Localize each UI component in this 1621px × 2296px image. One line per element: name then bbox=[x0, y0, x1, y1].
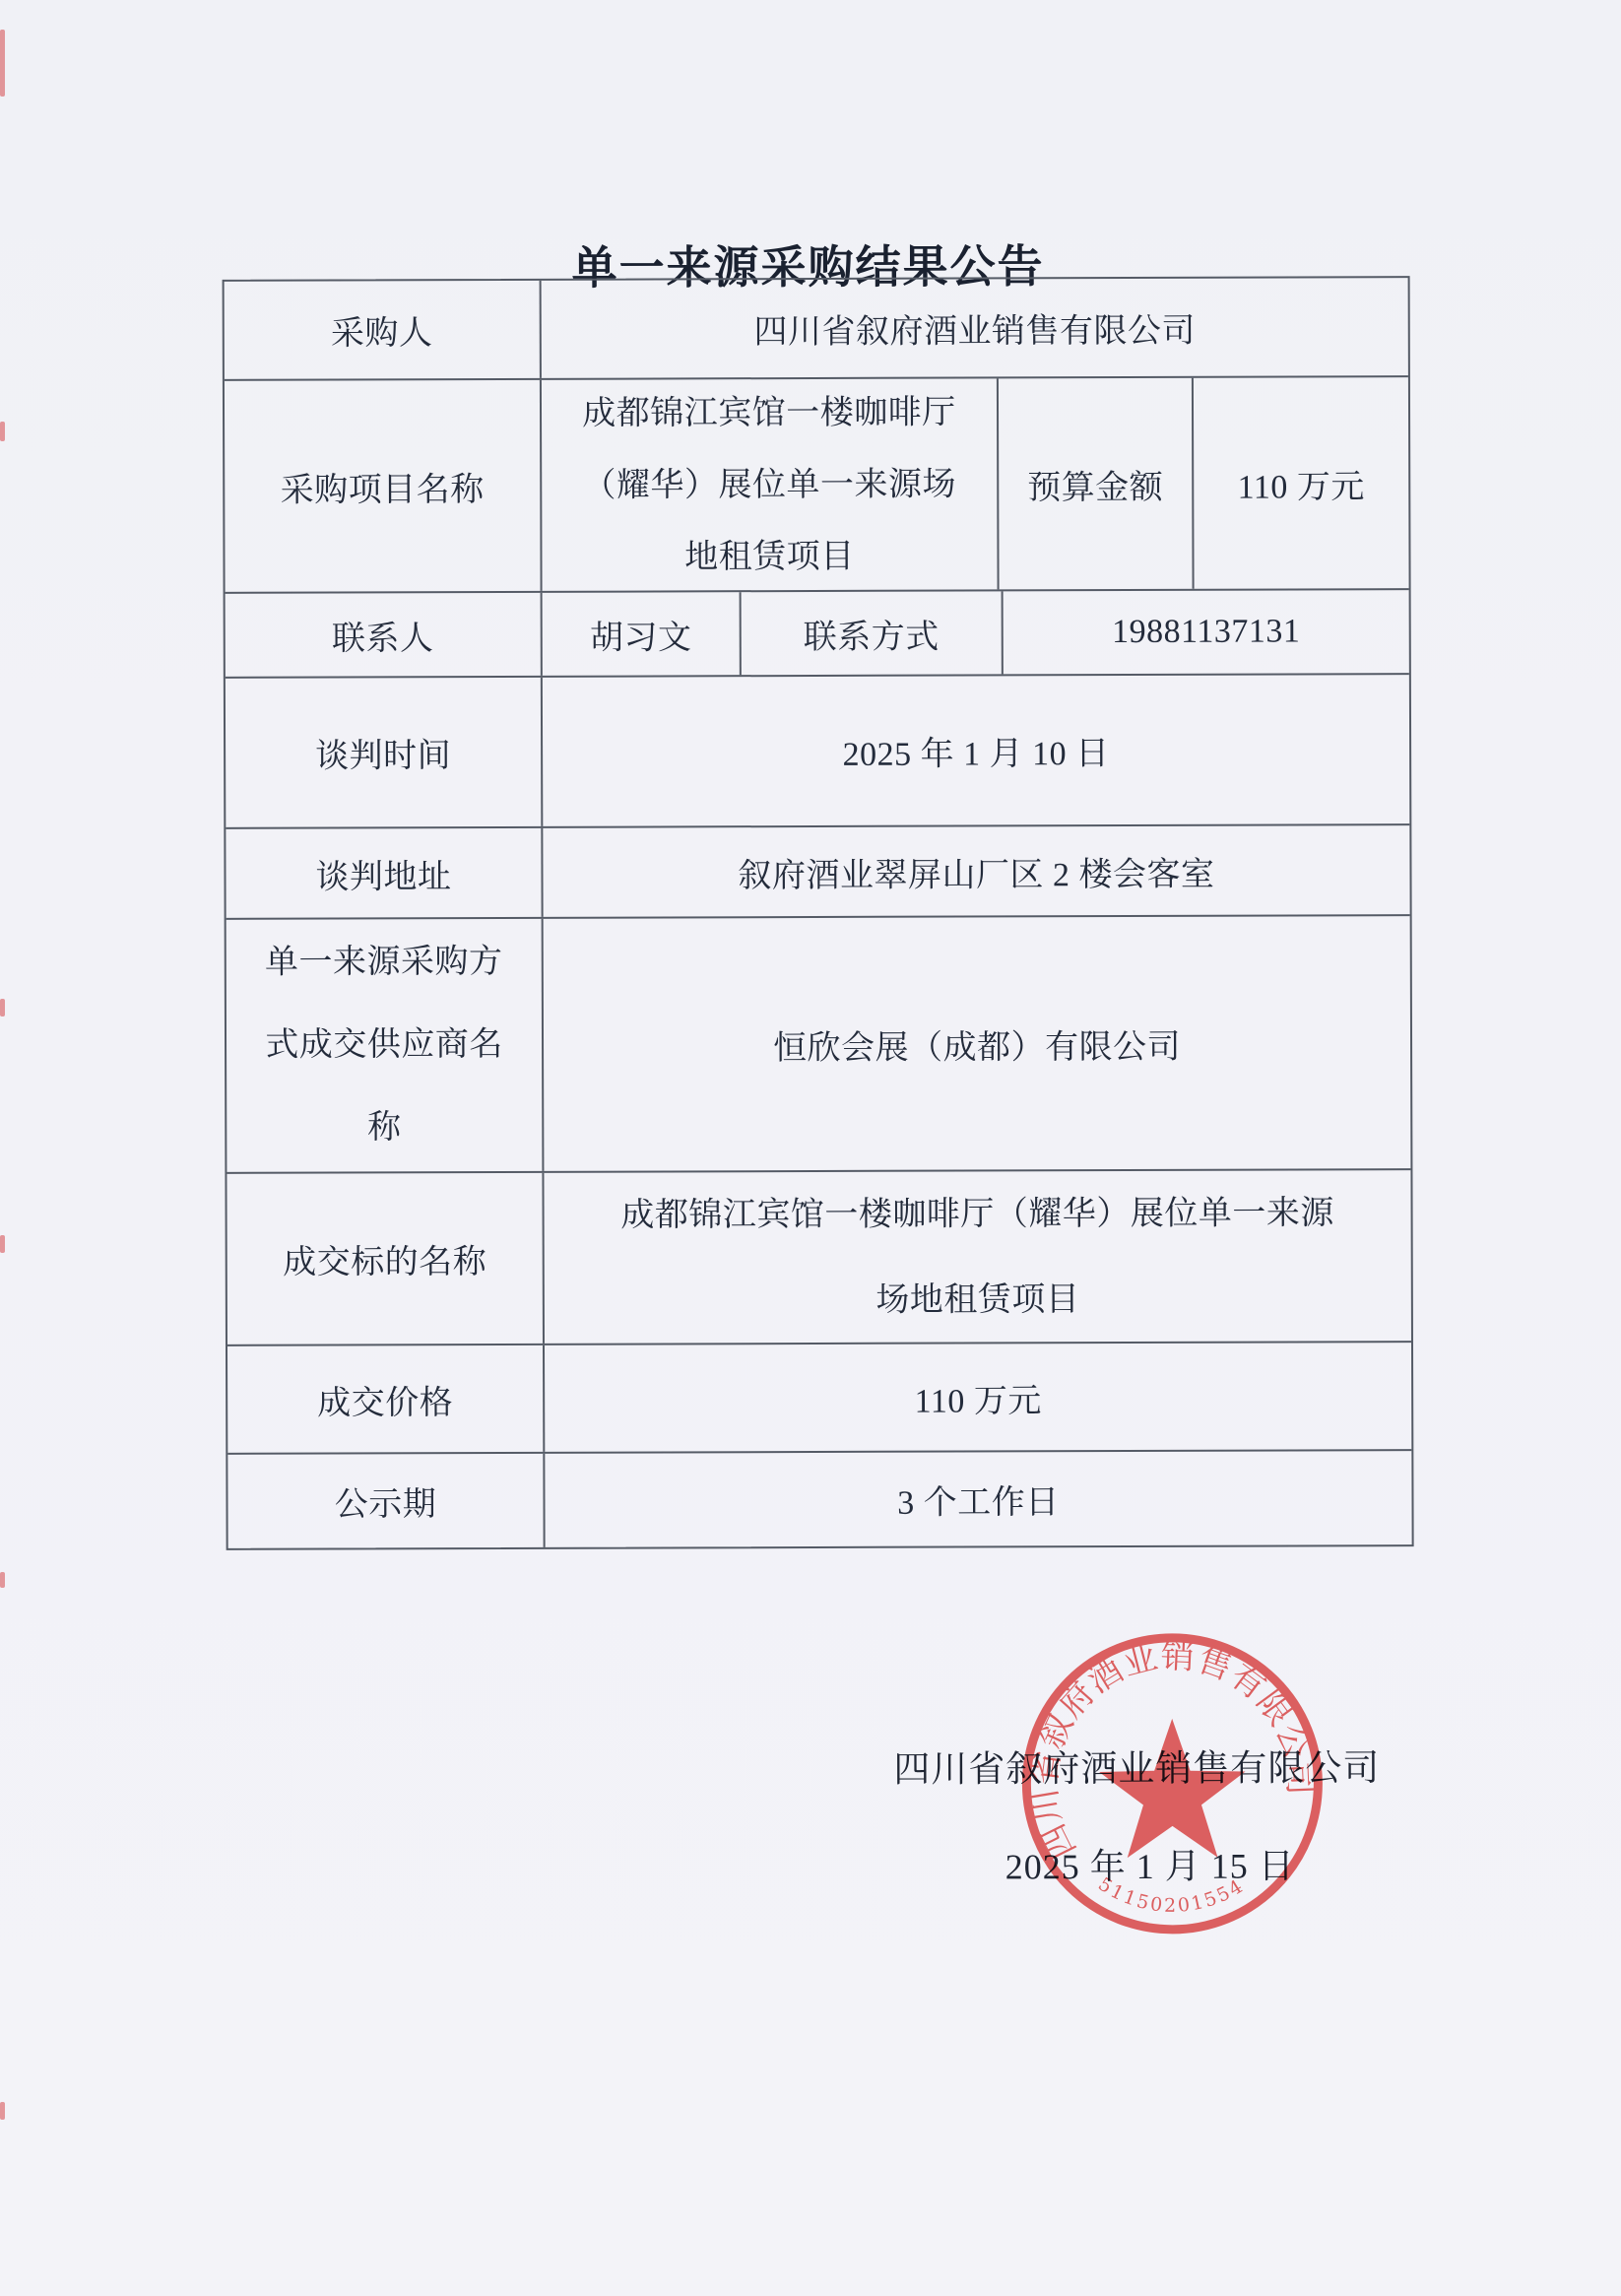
table-row: 采购项目名称 成都锦江宾馆一楼咖啡厅（耀华）展位单一来源场地租赁项目 预算金额 … bbox=[225, 375, 1409, 592]
table-row: 谈判时间 2025 年 1 月 10 日 bbox=[226, 673, 1409, 827]
table-row: 成交标的名称 成都锦江宾馆一楼咖啡厅（耀华）展位单一来源场地租赁项目 bbox=[227, 1168, 1411, 1345]
row-value: 胡习文 bbox=[541, 592, 740, 676]
procurement-result-table: 采购人 四川省叙府酒业销售有限公司 采购项目名称 成都锦江宾馆一楼咖啡厅（耀华）… bbox=[223, 276, 1414, 1550]
row-value: 恒欣会展（成都）有限公司 bbox=[542, 916, 1411, 1171]
row-value: 成都锦江宾馆一楼咖啡厅（耀华）展位单一来源场地租赁项目 bbox=[544, 1170, 1411, 1345]
row-value: 四川省叙府酒业销售有限公司 bbox=[540, 278, 1408, 378]
table-row: 谈判地址 叙府酒业翠屏山厂区 2 楼会客室 bbox=[226, 823, 1409, 918]
row-label: 预算金额 bbox=[997, 378, 1193, 590]
row-value: 19881137131 bbox=[1002, 590, 1409, 674]
row-label: 谈判地址 bbox=[226, 828, 541, 918]
row-label: 成交标的名称 bbox=[227, 1173, 543, 1345]
row-value: 2025 年 1 月 10 日 bbox=[541, 675, 1409, 826]
row-value: 110 万元 bbox=[1192, 377, 1409, 589]
row-value: 110 万元 bbox=[543, 1343, 1411, 1452]
table-row: 公示期 3 个工作日 bbox=[227, 1449, 1411, 1548]
row-label: 单一来源采购方式成交供应商名称 bbox=[227, 921, 543, 1170]
row-label: 联系方式 bbox=[740, 591, 1002, 675]
table-row: 单一来源采购方式成交供应商名称 恒欣会展（成都）有限公司 bbox=[227, 914, 1411, 1172]
table-row: 联系人 胡习文 联系方式 19881137131 bbox=[226, 588, 1409, 677]
signature-company: 四川省叙府酒业销售有限公司 bbox=[893, 1738, 1380, 1793]
row-label: 联系人 bbox=[226, 593, 541, 677]
row-value: 3 个工作日 bbox=[543, 1451, 1411, 1547]
signature-date: 2025 年 1 月 15 日 bbox=[1005, 1838, 1295, 1889]
row-label: 采购项目名称 bbox=[225, 380, 541, 592]
row-value: 成都锦江宾馆一楼咖啡厅（耀华）展位单一来源场地租赁项目 bbox=[542, 376, 998, 593]
scanned-document-page: 单一来源采购结果公告 采购人 四川省叙府酒业销售有限公司 采购项目名称 成都锦江… bbox=[0, 0, 1621, 2296]
row-label: 谈判时间 bbox=[226, 678, 541, 827]
table-row: 成交价格 110 万元 bbox=[227, 1341, 1411, 1453]
table-row: 采购人 四川省叙府酒业销售有限公司 bbox=[225, 278, 1408, 379]
row-label: 采购人 bbox=[225, 281, 540, 379]
row-value: 叙府酒业翠屏山厂区 2 楼会客室 bbox=[541, 825, 1409, 917]
row-label: 公示期 bbox=[227, 1454, 543, 1548]
row-label: 成交价格 bbox=[227, 1345, 543, 1453]
